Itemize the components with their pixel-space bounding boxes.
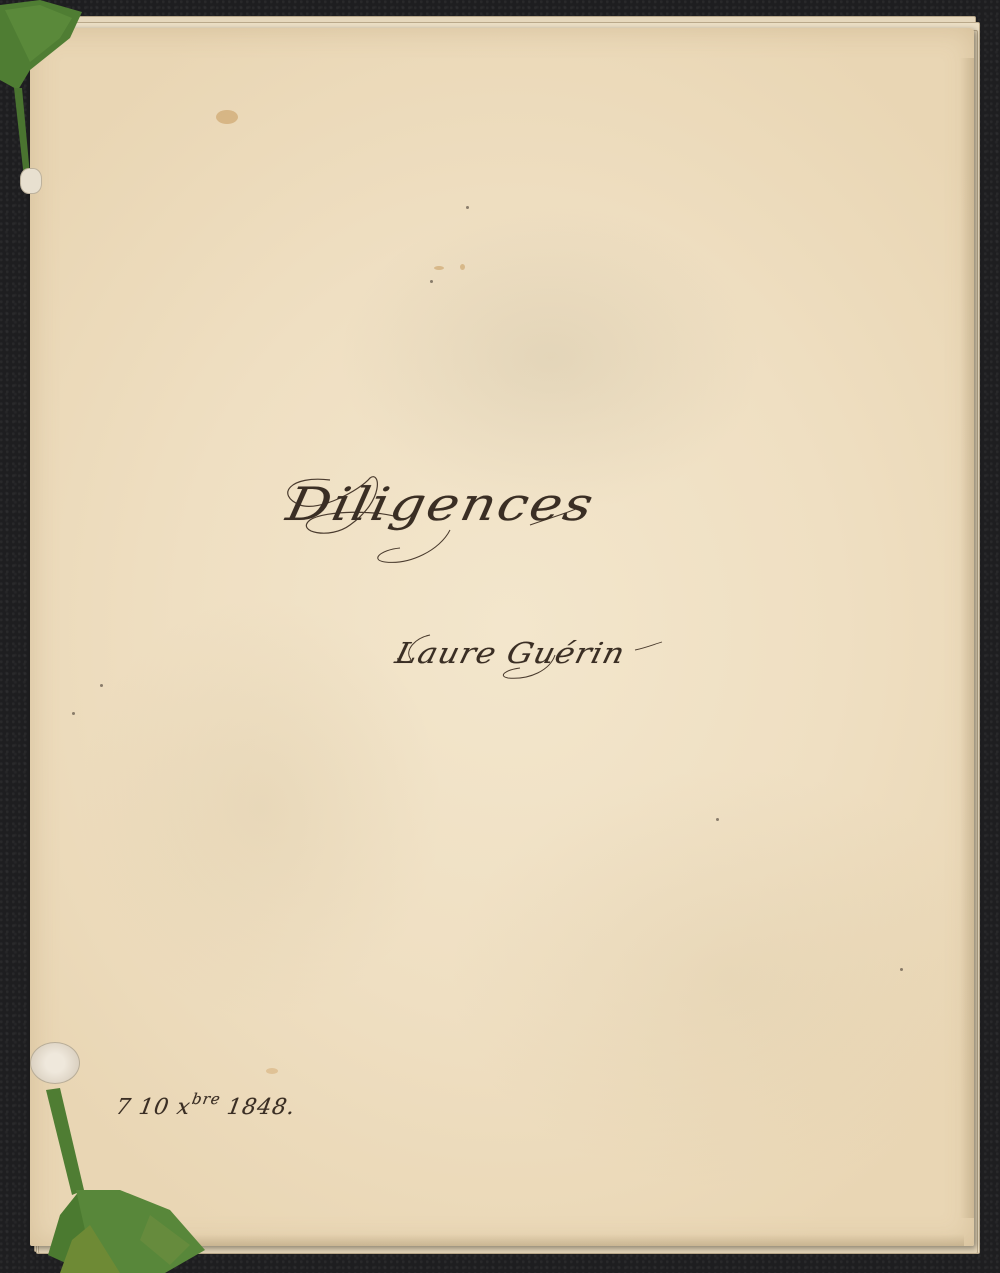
date-year: 1848.	[225, 1095, 297, 1120]
paper-speck	[72, 712, 75, 715]
document-title: Diligences	[282, 477, 600, 531]
paper-speck	[716, 818, 719, 821]
paper-stain	[266, 1068, 278, 1074]
green-ribbon-bow	[0, 1040, 230, 1273]
paper-stain	[216, 110, 238, 124]
paper-speck	[466, 206, 469, 209]
author-name: Laure Guérin	[392, 636, 629, 670]
paper-stain	[460, 264, 465, 270]
green-ribbon-top	[0, 0, 90, 200]
paper-stain	[434, 266, 444, 270]
cover-edge-shading	[110, 1234, 964, 1246]
cover-edge-shading	[960, 58, 974, 1218]
paper-speck	[100, 684, 103, 687]
paper-speck	[900, 968, 903, 971]
binding-knot	[20, 168, 42, 194]
paper-speck	[430, 280, 433, 283]
